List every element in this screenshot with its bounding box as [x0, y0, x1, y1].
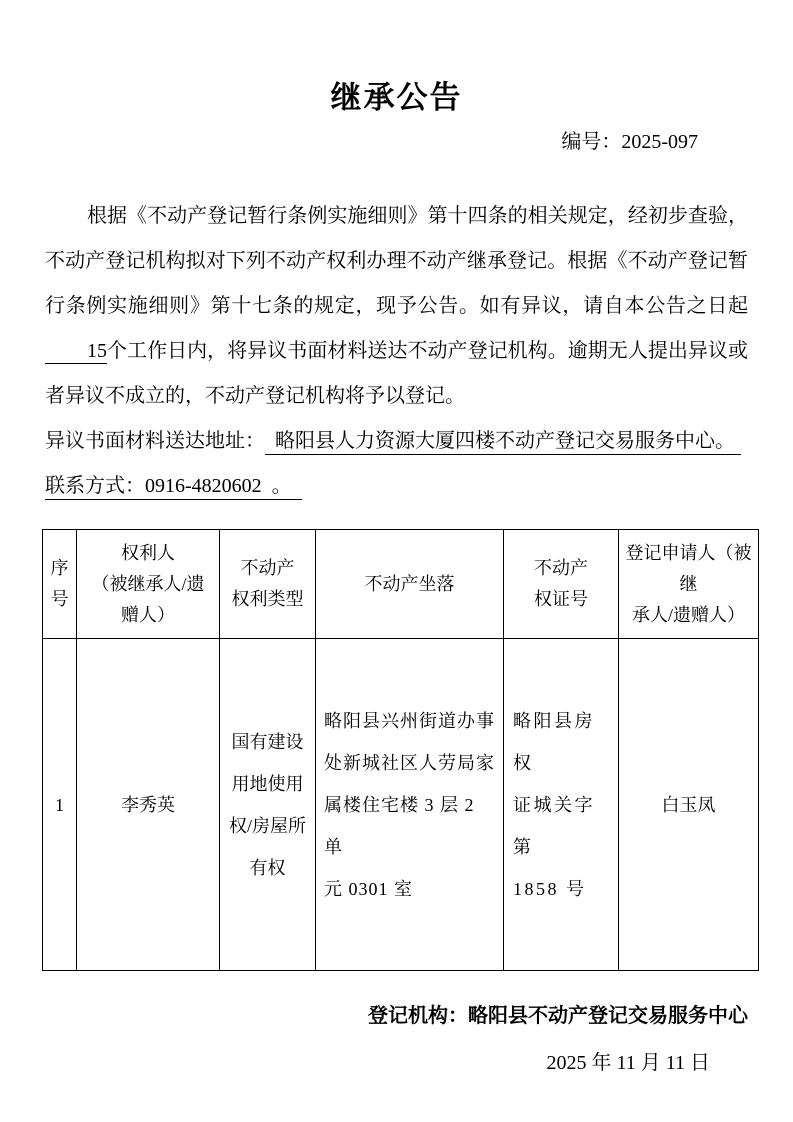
paragraph-text-after-blank: 个工作日内，将异议书面材料送达不动产登记机构。逾期无人提出异议或者异议不成立的，… [45, 340, 748, 407]
cell-property-location: 略阳县兴州街道办事 处新城社区人劳局家 属楼住宅楼 3 层 2 单 元 0301… [316, 639, 504, 971]
page-title: 继承公告 [45, 80, 748, 116]
registration-authority: 登记机构：略阳县不动产登记交易服务中心 [45, 1001, 748, 1031]
address-value-underlined: 略阳县人力资源大厦四楼不动产登记交易服务中心。 [265, 430, 741, 455]
address-label: 异议书面材料送达地址： [45, 430, 265, 452]
table-header-row: 序 号 权利人 （被继承人/遗 赠人） 不动产 权利类型 不动产坐落 不动产 [43, 530, 759, 639]
days-blank-underlined: 15 [45, 339, 107, 364]
header-serial-number: 序 号 [43, 530, 77, 639]
objection-address-line: 异议书面材料送达地址：略阳县人力资源大厦四楼不动产登记交易服务中心。 [45, 419, 748, 464]
cell-applicant: 白玉凤 [619, 639, 759, 971]
header-rights-holder: 权利人 （被继承人/遗 赠人） [77, 530, 220, 639]
cell-rights-holder: 李秀英 [77, 639, 220, 971]
table-row: 1 李秀英 国有建设 用地使用 权/房屋所 有权 略阳县兴州街道办事 处新城社区… [43, 639, 759, 971]
contact-value-underlined: 联系方式：0916-4820602 。 [45, 475, 302, 500]
announcement-date: 2025 年 11 月 11 日 [45, 1049, 748, 1077]
header-property-location: 不动产坐落 [316, 530, 504, 639]
cell-serial-number: 1 [43, 639, 77, 971]
header-right-type: 不动产 权利类型 [220, 530, 316, 639]
cell-certificate-number: 略阳县房权 证城关字第 1858 号 [504, 639, 619, 971]
property-registration-table: 序 号 权利人 （被继承人/遗 赠人） 不动产 权利类型 不动产坐落 不动产 [42, 529, 759, 971]
contact-line: 联系方式：0916-4820602 。 [45, 464, 748, 509]
notice-paragraph: 根据《不动产登记暂行条例实施细则》第十四条的相关规定，经初步查验，不动产登记机构… [45, 194, 748, 419]
inheritance-announcement-document: 继承公告 编号：2025-097 根据《不动产登记暂行条例实施细则》第十四条的相… [0, 0, 793, 1122]
cell-right-type: 国有建设 用地使用 权/房屋所 有权 [220, 639, 316, 971]
header-certificate-number: 不动产 权证号 [504, 530, 619, 639]
paragraph-text-before-blank: 根据《不动产登记暂行条例实施细则》第十四条的相关规定，经初步查验，不动产登记机构… [45, 205, 748, 317]
doc-number: 编号：2025-097 [45, 128, 748, 156]
header-applicant: 登记申请人（被继 承人/遗赠人） [619, 530, 759, 639]
